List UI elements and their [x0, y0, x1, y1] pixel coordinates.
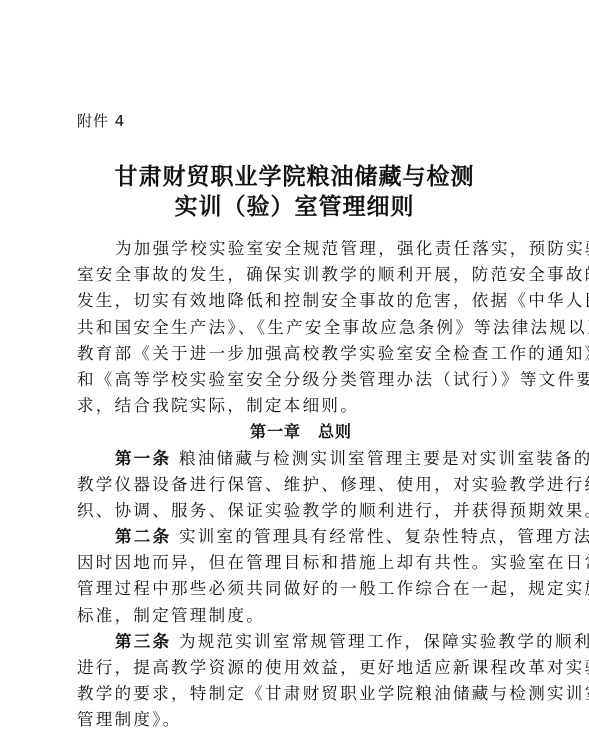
preamble-line: 发生，切实有效地降低和控制安全事故的危害，依据《中华人民	[77, 288, 525, 314]
article-label: 第二条	[115, 527, 171, 546]
article-first-line: 第一条 粮油储藏与检测实训室管理主要是对实训室装备的	[77, 446, 525, 472]
preamble-line: 为加强学校实验室安全规范管理，强化责任落实，预防实验	[77, 236, 525, 262]
article-line: 管理制度》。	[77, 707, 525, 730]
document-title-line-1: 甘肃财贸职业学院粮油储藏与检测	[0, 158, 589, 191]
preamble-paragraph: 为加强学校实验室安全规范管理，强化责任落实，预防实验 室安全事故的发生，确保实训…	[77, 236, 525, 419]
article-label: 第三条	[115, 632, 171, 651]
preamble-line: 和《高等学校实验室安全分级分类管理办法（试行）》等文件要	[77, 367, 525, 393]
article-3: 第三条 为规范实训室常规管理工作，保障实验教学的顺利 进行，提高教学资源的使用效…	[77, 629, 525, 730]
preamble-line: 教育部《关于进一步加强高校教学实验室安全检查工作的通知》	[77, 341, 525, 367]
preamble-line: 共和国安全生产法》、《生产安全事故应急条例》等法律法规以及	[77, 315, 525, 341]
article-text: 为规范实训室常规管理工作，保障实验教学的顺利	[171, 632, 589, 651]
article-2: 第二条 实训室的管理具有经常性、复杂性特点，管理方法 因时因地而异，但在管理目标…	[77, 524, 525, 629]
article-line: 织、协调、服务、保证实验教学的顺利进行，并获得预期效果。	[77, 498, 525, 524]
article-line: 教学仪器设备进行保管、维护、修理、使用，对实验教学进行组	[77, 472, 525, 498]
article-text: 实训室的管理具有经常性、复杂性特点，管理方法	[171, 527, 589, 546]
article-text: 粮油储藏与检测实训室管理主要是对实训室装备的	[171, 449, 589, 468]
article-first-line: 第三条 为规范实训室常规管理工作，保障实验教学的顺利	[77, 629, 525, 655]
article-line: 进行，提高教学资源的使用效益，更好地适应新课程改革对实验	[77, 655, 525, 681]
preamble-line: 室安全事故的发生，确保实训教学的顺利开展，防范安全事故的	[77, 262, 525, 288]
article-line: 标准，制定管理制度。	[77, 603, 525, 629]
article-line: 教学的要求，特制定《甘肃财贸职业学院粮油储藏与检测实训室	[77, 681, 525, 707]
attachment-label: 附件 4	[77, 110, 125, 131]
preamble-line: 求，结合我院实际，制定本细则。	[77, 393, 525, 419]
document-body: 为加强学校实验室安全规范管理，强化责任落实，预防实验 室安全事故的发生，确保实训…	[77, 236, 525, 730]
article-line: 因时因地而异，但在管理目标和措施上却有共性。实验室在日常	[77, 550, 525, 576]
article-1: 第一条 粮油储藏与检测实训室管理主要是对实训室装备的 教学仪器设备进行保管、维护…	[77, 446, 525, 525]
article-first-line: 第二条 实训室的管理具有经常性、复杂性特点，管理方法	[77, 524, 525, 550]
document-title-line-2: 实训（验）室管理细则	[0, 188, 589, 221]
article-line: 管理过程中那些必须共同做好的一般工作综合在一起，规定实施	[77, 576, 525, 602]
chapter-heading: 第一章 总则	[77, 419, 525, 445]
article-label: 第一条	[115, 449, 171, 468]
